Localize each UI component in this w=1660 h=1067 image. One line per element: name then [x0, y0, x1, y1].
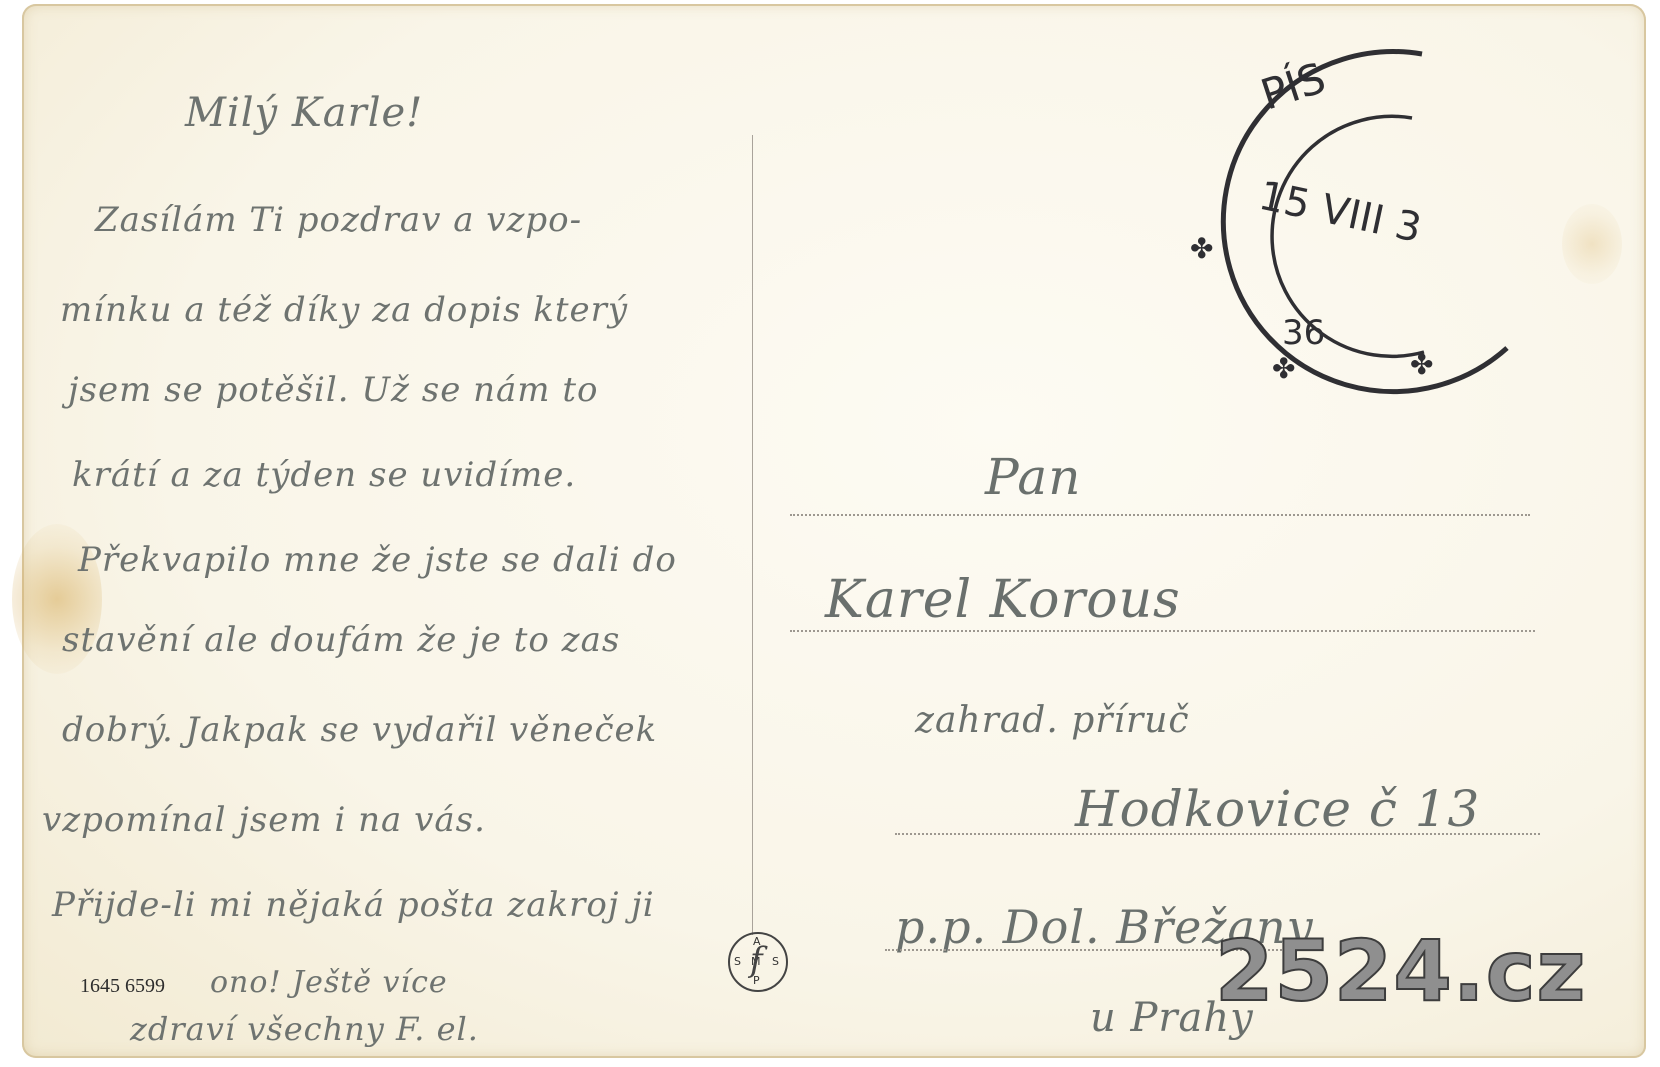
message-line: stavění ale doufám že je to zas: [62, 620, 620, 660]
postmark: PÍS 15 VIII 3 36 ✤ ✤ ✤: [1172, 48, 1512, 418]
message-line: ono! Ještě více: [210, 965, 448, 1000]
postmark-date: 15 VIII 3: [1255, 173, 1425, 252]
postmark-town: PÍS: [1255, 52, 1332, 119]
publisher-logo: A S M S P f: [728, 932, 788, 992]
postmark-star-icon: ✤: [1272, 352, 1295, 385]
logo-letter: S: [772, 955, 779, 968]
address-line: [790, 514, 1530, 516]
postmark-star-icon: ✤: [1410, 348, 1433, 381]
message-line: dobrý. Jakpak se vydařil věneček: [62, 710, 657, 750]
greeting: Milý Karle!: [185, 90, 423, 136]
address-line: [790, 630, 1535, 632]
logo-letter: S: [734, 955, 741, 968]
message-line: jsem se potěšil. Už se nám to: [68, 370, 598, 410]
center-divider-line: [752, 135, 753, 935]
logo-monogram: f: [750, 940, 763, 980]
message-line: krátí a za týden se uvidíme.: [72, 455, 576, 495]
postmark-star-icon: ✤: [1190, 232, 1213, 265]
age-stain: [1562, 204, 1622, 284]
message-signoff: zdraví všechny F. el.: [130, 1010, 479, 1048]
message-line: Zasílám Ti pozdrav a vzpo-: [95, 200, 582, 240]
watermark: 2524.cz: [1215, 922, 1586, 1020]
address-line: [895, 833, 1540, 835]
message-line: Přijde-li mi nějaká pošta zakroj ji: [52, 885, 655, 925]
print-number: 1645 6599: [80, 975, 165, 998]
message-line: Překvapilo mne že jste se dali do: [78, 540, 677, 580]
address-salutation: Pan: [985, 448, 1081, 506]
address-street: Hodkovice č 13: [1075, 780, 1480, 838]
message-line: mínku a též díky za dopis který: [60, 290, 628, 330]
address-occupation: zahrad. příruč: [915, 700, 1190, 741]
postmark-code: 36: [1282, 313, 1325, 353]
message-line: vzpomínal jsem i na vás.: [42, 800, 486, 840]
address-name: Karel Korous: [825, 570, 1181, 630]
